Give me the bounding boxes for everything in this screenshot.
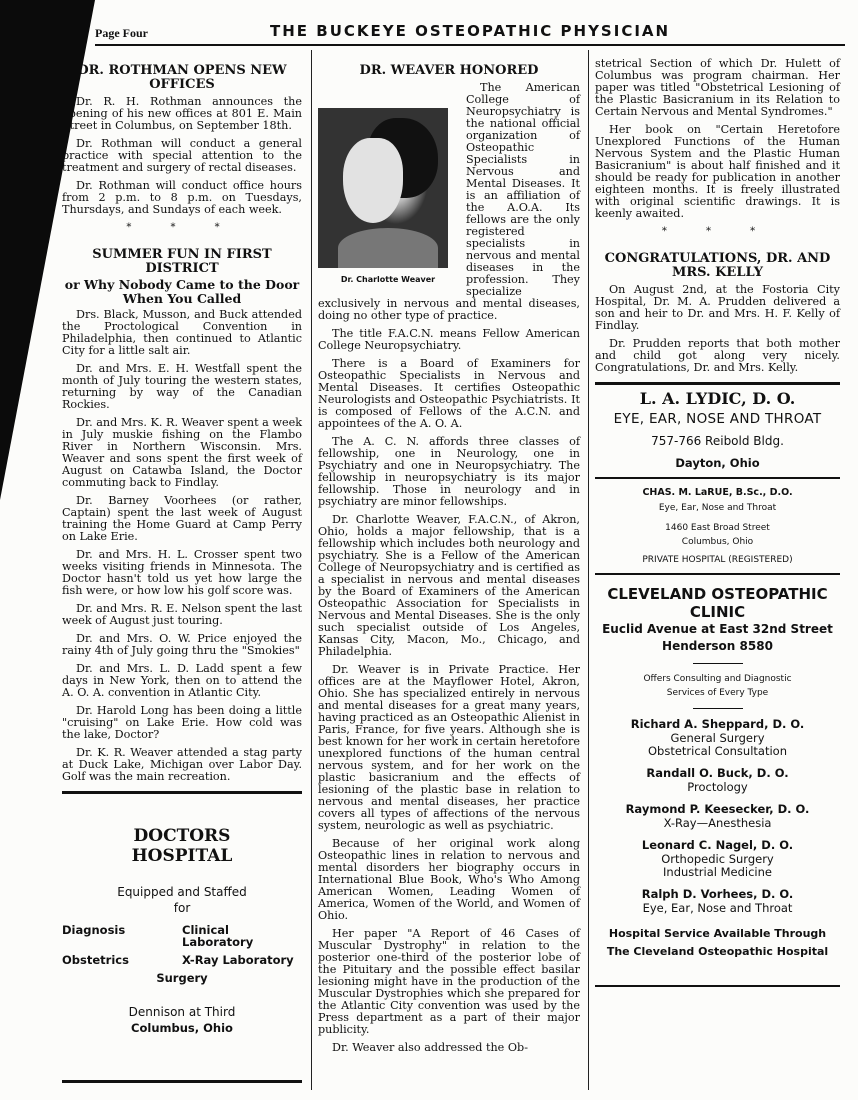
photo-caption: Dr. Charlotte Weaver: [318, 274, 458, 286]
section-rule: [595, 382, 840, 385]
doctor-name: Raymond P. Keesecker, D. O.: [595, 802, 840, 817]
article-paragraph: Dr. Charlotte Weaver, F.A.C.N., of Akron…: [318, 514, 580, 658]
doctor-entry: Randall O. Buck, D. O. Proctology: [595, 766, 840, 794]
ad-city: Dayton, Ohio: [595, 455, 840, 471]
summer-article: Drs. Black, Musson, and Buck attended th…: [62, 309, 302, 783]
article-paragraph: Her paper "A Report of 46 Cases of Muscu…: [318, 928, 580, 1036]
section-rule: [595, 477, 840, 479]
weaver-continuation: stetrical Section of which Dr. Hulett of…: [595, 58, 840, 220]
larue-ad: CHAS. M. LaRUE, B.Sc., D.O. Eye, Ear, No…: [595, 485, 840, 567]
doctor-entry: Ralph D. Vorhees, D. O. Eye, Ear, Nose a…: [595, 887, 840, 915]
column-1: DR. ROTHMAN OPENS NEW OFFICES Dr. R. H. …: [62, 60, 302, 1091]
ad-doctor-name: CHAS. M. LaRUE, B.Sc., D.O.: [595, 485, 840, 501]
kelly-headline: CONGRATULATIONS, DR. AND MRS. KELLY: [595, 252, 840, 280]
article-paragraph: Dr. Weaver also addressed the Ob-: [318, 1042, 580, 1054]
ad-footer: Hospital Service Available Through: [595, 925, 840, 943]
article-paragraph: Dr. and Mrs. H. L. Crosser spent two wee…: [62, 549, 302, 597]
ad-title: CLEVELAND OSTEOPATHIC: [595, 585, 840, 603]
service-item: Surgery: [62, 970, 302, 986]
ad-address: 1460 East Broad Street: [595, 521, 840, 535]
article-paragraph: On August 2nd, at the Fostoria City Hosp…: [595, 284, 840, 332]
ad-address: Dennison at Third: [62, 1004, 302, 1020]
service-item: Obstetrics: [62, 954, 182, 966]
column-divider: [311, 50, 312, 1090]
service-item: Diagnosis: [62, 924, 182, 948]
ad-offer: Services of Every Type: [595, 686, 840, 700]
section-rule: [595, 985, 840, 987]
article-paragraph: Her book on "Certain Heretofore Unexplor…: [595, 124, 840, 220]
article-paragraph: Because of her original work along Osteo…: [318, 838, 580, 922]
kelly-article: On August 2nd, at the Fostoria City Hosp…: [595, 284, 840, 374]
article-paragraph: Dr. and Mrs. O. W. Price enjoyed the rai…: [62, 633, 302, 657]
article-paragraph: Dr. Harold Long has been doing a little …: [62, 705, 302, 741]
ad-doctor-name: L. A. LYDIC, D. O.: [595, 393, 840, 405]
doctors-hospital-ad: DOCTORS HOSPITAL Equipped and Staffed fo…: [62, 802, 302, 1036]
summer-headline: SUMMER FUN IN FIRST DISTRICT: [62, 248, 302, 276]
article-paragraph: Drs. Black, Musson, and Buck attended th…: [62, 309, 302, 357]
doctor-specialty: Industrial Medicine: [595, 866, 840, 879]
service-item: Clinical Laboratory: [182, 924, 302, 948]
ad-specialty: EYE, EAR, NOSE AND THROAT: [595, 413, 840, 425]
section-separator: * * *: [62, 222, 302, 234]
article-paragraph: The title F.A.C.N. means Fellow American…: [318, 328, 580, 352]
ad-offer: Offers Consulting and Diagnostic: [595, 672, 840, 686]
article-paragraph: Dr. K. R. Weaver attended a stag party a…: [62, 747, 302, 783]
doctor-name: Leonard C. Nagel, D. O.: [595, 838, 840, 853]
doctor-specialty: Eye, Ear, Nose and Throat: [595, 902, 840, 915]
service-item: X-Ray Laboratory: [182, 954, 302, 966]
article-paragraph: Dr. and Mrs. R. E. Nelson spent the last…: [62, 603, 302, 627]
ad-address: 757-766 Reibold Bldg.: [595, 433, 840, 449]
section-rule: [62, 791, 302, 794]
ad-footer: The Cleveland Osteopathic Hospital: [595, 943, 840, 961]
article-paragraph: Dr. and Mrs. E. H. Westfall spent the mo…: [62, 363, 302, 411]
ad-tagline: for: [62, 900, 302, 916]
column-divider: [588, 50, 589, 1090]
doctor-specialty: X-Ray—Anesthesia: [595, 817, 840, 830]
ad-title: CLINIC: [595, 603, 840, 621]
doctor-specialty: Proctology: [595, 781, 840, 794]
portrait-figure: Dr. Charlotte Weaver: [318, 108, 458, 286]
cleveland-clinic-ad: CLEVELAND OSTEOPATHIC CLINIC Euclid Aven…: [595, 585, 840, 961]
doctor-entry: Richard A. Sheppard, D. O. General Surge…: [595, 717, 840, 758]
weaver-headline: DR. WEAVER HONORED: [318, 64, 580, 78]
doctor-name: Randall O. Buck, D. O.: [595, 766, 840, 781]
ad-city: Columbus, Ohio: [62, 1020, 302, 1036]
article-paragraph: stetrical Section of which Dr. Hulett of…: [595, 58, 840, 118]
rothman-headline: DR. ROTHMAN OPENS NEW OFFICES: [62, 64, 302, 92]
article-paragraph: Dr. Rothman will conduct a general pract…: [62, 138, 302, 174]
section-rule: [595, 573, 840, 575]
article-paragraph: There is a Board of Examiners for Osteop…: [318, 358, 580, 430]
weaver-article: Dr. Charlotte Weaver The American Colleg…: [318, 82, 580, 1054]
ad-specialty: Eye, Ear, Nose and Throat: [595, 501, 840, 515]
portrait-photo: [318, 108, 448, 268]
rothman-article: Dr. R. H. Rothman announces the opening …: [62, 96, 302, 216]
article-paragraph: The A. C. N. affords three classes of fe…: [318, 436, 580, 508]
article-paragraph: Dr. Barney Voorhees (or rather, Captain)…: [62, 495, 302, 543]
doctor-name: Ralph D. Vorhees, D. O.: [595, 887, 840, 902]
doctor-specialty: Obstetrical Consultation: [595, 745, 840, 758]
article-paragraph: Dr. Prudden reports that both mother and…: [595, 338, 840, 374]
ad-title: DOCTORS HOSPITAL: [122, 826, 242, 866]
ad-phone: Henderson 8580: [595, 638, 840, 655]
doctor-name: Richard A. Sheppard, D. O.: [595, 717, 840, 732]
article-paragraph: Dr. and Mrs. K. R. Weaver spent a week i…: [62, 417, 302, 489]
page-number: Page Four: [95, 26, 148, 41]
masthead: Page Four THE BUCKEYE OSTEOPATHIC PHYSIC…: [95, 22, 845, 46]
summer-subhead: or Why Nobody Came to the Door When You …: [62, 278, 302, 306]
column-3: stetrical Section of which Dr. Hulett of…: [595, 58, 840, 993]
doctor-entry: Leonard C. Nagel, D. O. Orthopedic Surge…: [595, 838, 840, 879]
article-paragraph: Dr. R. H. Rothman announces the opening …: [62, 96, 302, 132]
section-rule: [62, 1080, 302, 1083]
section-separator: * * *: [595, 226, 840, 238]
article-paragraph: Dr. Rothman will conduct office hours fr…: [62, 180, 302, 216]
lydic-ad: L. A. LYDIC, D. O. EYE, EAR, NOSE AND TH…: [595, 393, 840, 471]
column-2: DR. WEAVER HONORED Dr. Charlotte Weaver …: [318, 60, 580, 1060]
ad-address: Euclid Avenue at East 32nd Street: [595, 621, 840, 638]
dark-page-corner: [0, 0, 95, 500]
doctor-entry: Raymond P. Keesecker, D. O. X-Ray—Anesth…: [595, 802, 840, 830]
article-paragraph: Dr. and Mrs. L. D. Ladd spent a few days…: [62, 663, 302, 699]
article-paragraph: Dr. Weaver is in Private Practice. Her o…: [318, 664, 580, 832]
newspaper-title: THE BUCKEYE OSTEOPATHIC PHYSICIAN: [270, 22, 670, 40]
services-list: Diagnosis Clinical Laboratory Obstetrics…: [62, 924, 302, 966]
ad-city: Columbus, Ohio: [595, 535, 840, 549]
ad-tagline: Equipped and Staffed: [62, 884, 302, 900]
ad-note: PRIVATE HOSPITAL (REGISTERED): [595, 553, 840, 567]
